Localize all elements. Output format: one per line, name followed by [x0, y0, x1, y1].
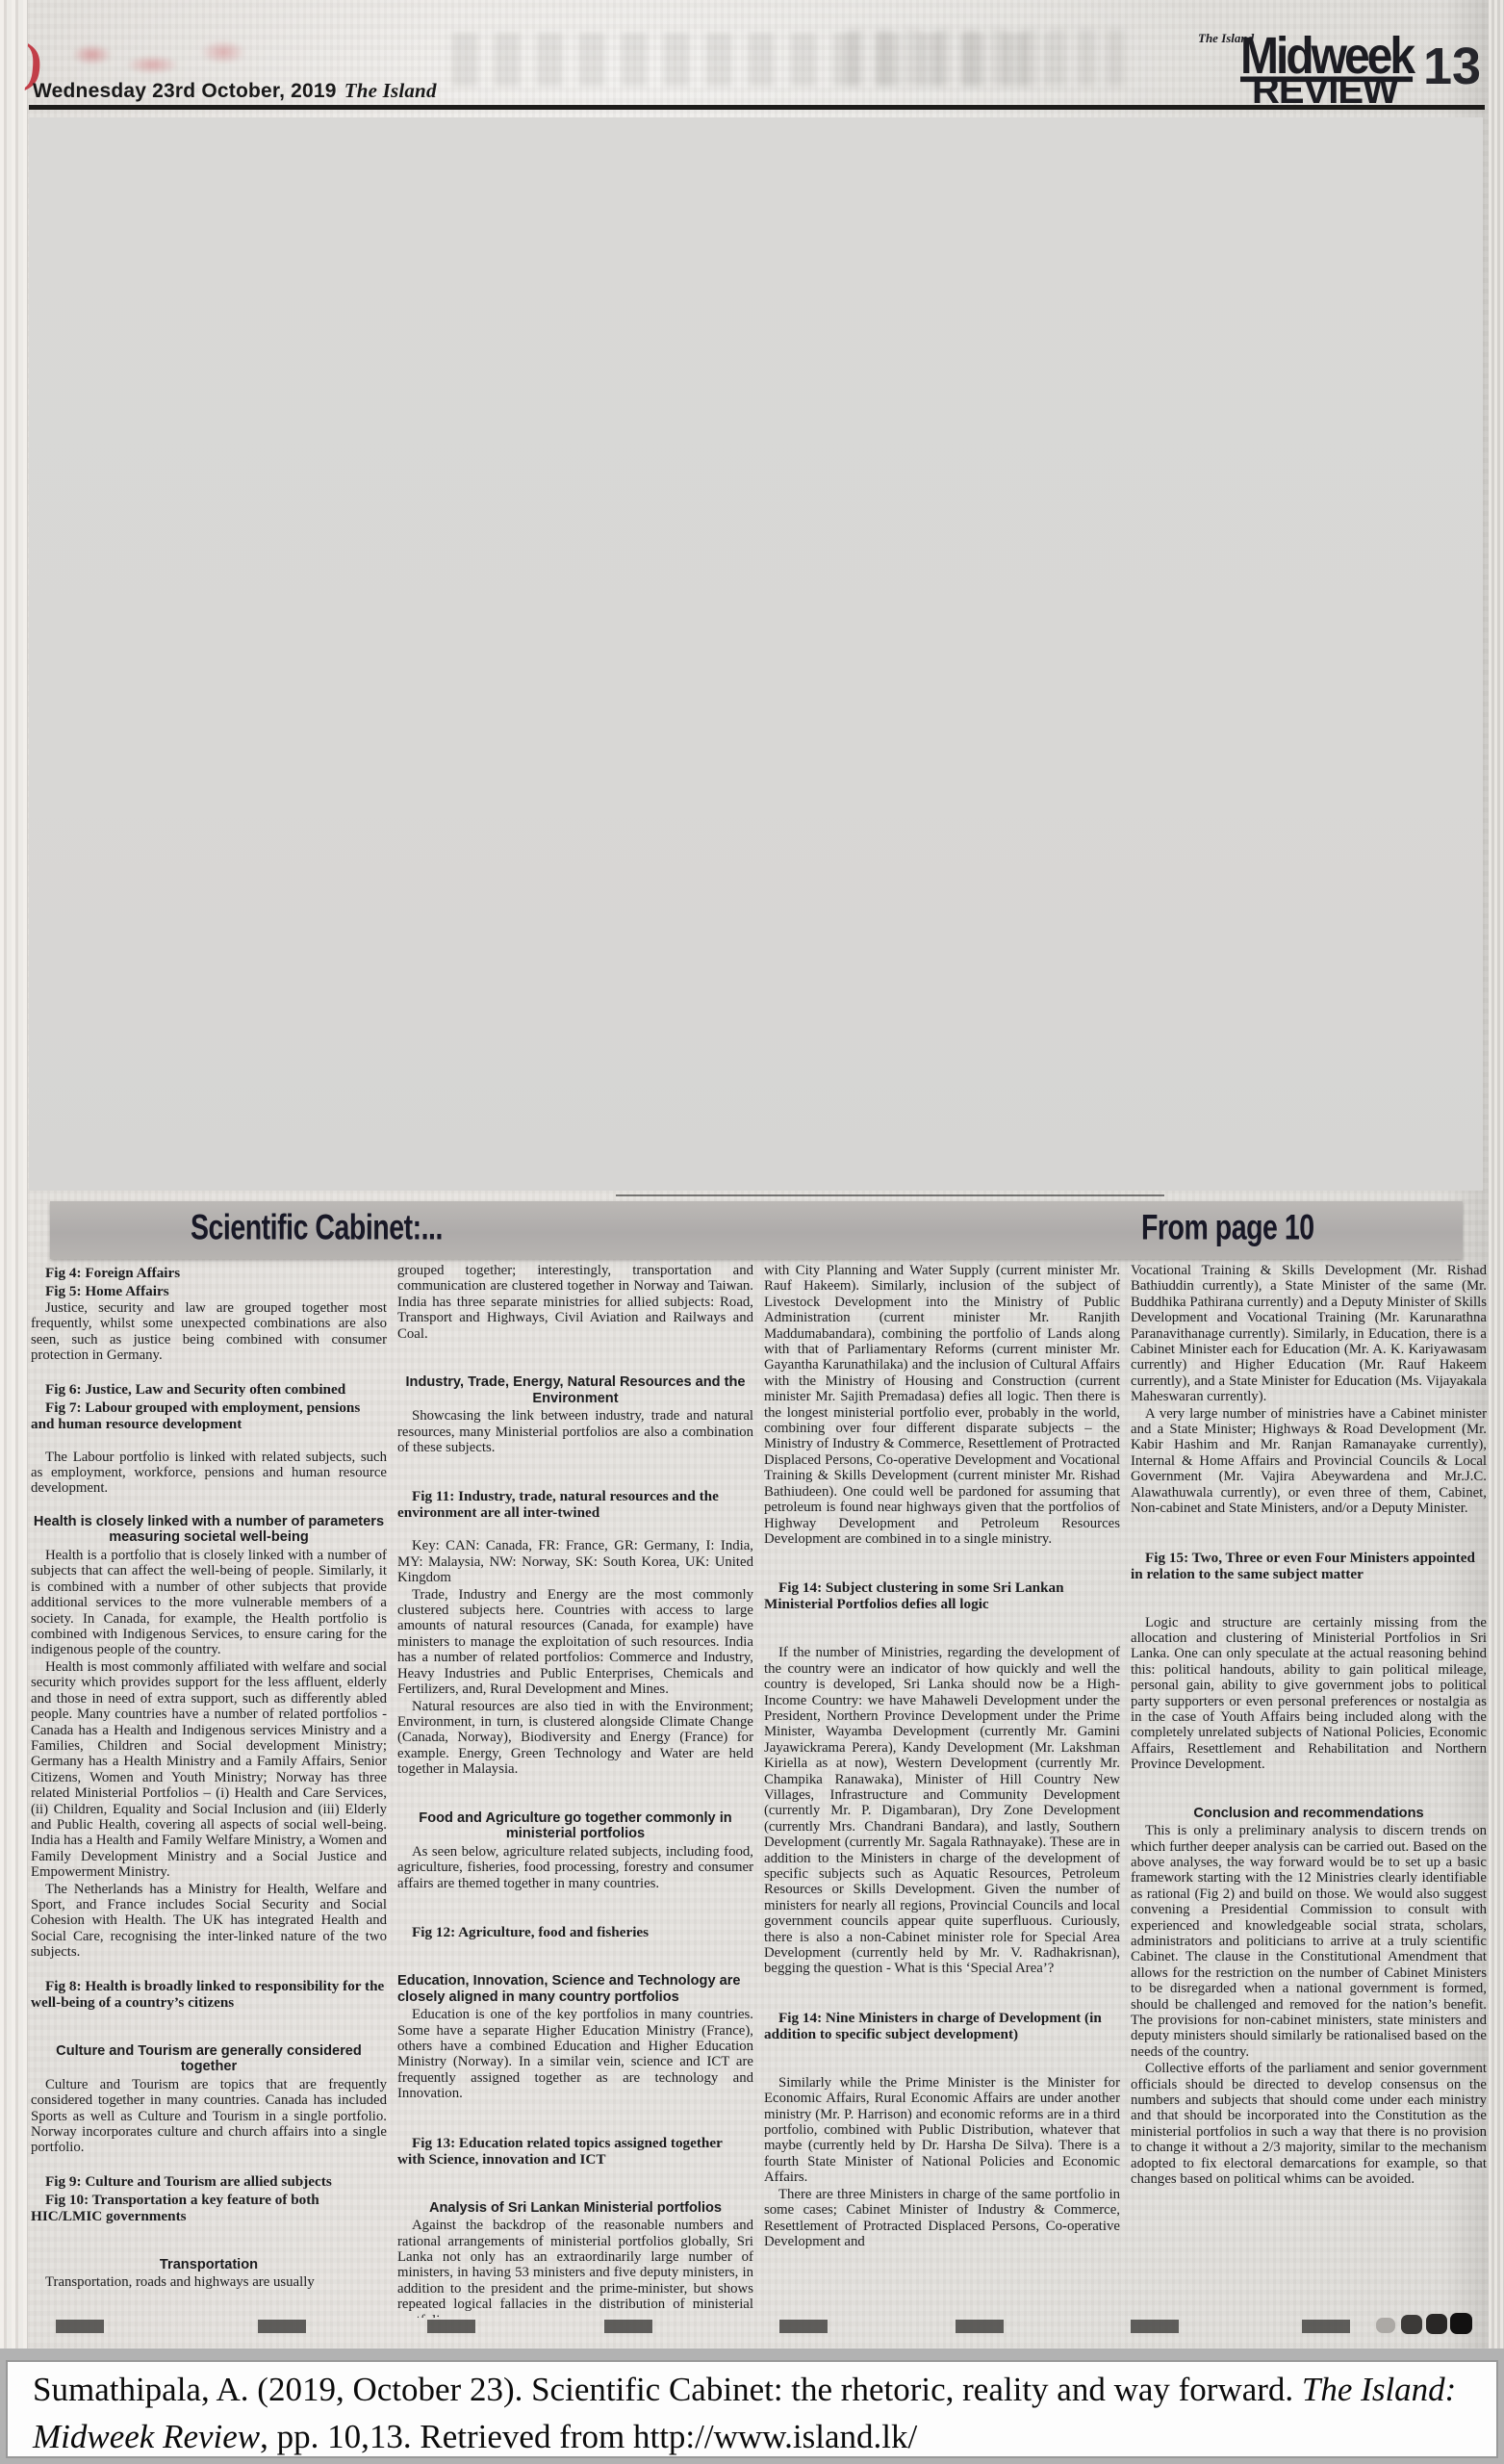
section-subhead: Health is closely linked with a number o… — [31, 1514, 387, 1546]
newspaper-page: { "header": { "date_line": "Wednesday 23… — [0, 0, 1504, 2464]
figure-caption: Fig 10: Transportation a key feature of … — [31, 2192, 387, 2224]
figure-caption: Fig 14: Nine Ministers in charge of Deve… — [764, 2010, 1120, 2042]
figure-caption: Fig 5: Home Affairs — [31, 1283, 387, 1299]
redaction-dash — [258, 2320, 306, 2333]
figure-caption: Fig 12: Agriculture, food and fisheries — [397, 1924, 753, 1940]
article-column-4: Vocational Training & Skills Development… — [1131, 1263, 1487, 2318]
article-paragraph: Showcasing the link between industry, tr… — [397, 1408, 753, 1455]
article-paragraph: Justice, security and law are grouped to… — [31, 1300, 387, 1364]
divider-line — [616, 1194, 1164, 1196]
article-paragraph: with City Planning and Water Supply (cur… — [764, 1263, 1120, 1547]
article-paragraph: The Netherlands has a Ministry for Healt… — [31, 1882, 387, 1961]
article-paragraph: Against the backdrop of the reasonable n… — [397, 2218, 753, 2318]
figure-caption: Fig 11: Industry, trade, natural resourc… — [397, 1488, 753, 1521]
article-paragraph: The Labour portfolio is linked with rela… — [31, 1450, 387, 1497]
article-paragraph: Key: CAN: Canada, FR: France, GR: German… — [397, 1538, 753, 1585]
redaction-blob — [1450, 2313, 1472, 2334]
page-right-edge — [1489, 0, 1504, 2464]
redaction-blob — [1376, 2318, 1395, 2333]
citation-part: , pp. 10,13. Retrieved from http://www.i… — [260, 2418, 917, 2455]
article-paragraph: Collective efforts of the parliament and… — [1131, 2061, 1487, 2187]
redaction-blob — [1401, 2315, 1422, 2334]
article-paragraph: grouped together; interestingly, transpo… — [397, 1263, 753, 1342]
article-paragraph: As seen below, agriculture related subje… — [397, 1844, 753, 1891]
figure-caption: Fig 9: Culture and Tourism are allied su… — [31, 2173, 387, 2190]
citation-box: Sumathipala, A. (2019, October 23). Scie… — [6, 2360, 1498, 2458]
section-subhead: Food and Agriculture go together commonl… — [397, 1810, 753, 1842]
citation-part: Sumathipala, A. (2019, October 23). Scie… — [33, 2371, 1302, 2408]
redaction-dash — [604, 2320, 652, 2333]
section-subhead: Analysis of Sri Lankan Ministerial portf… — [397, 2200, 753, 2217]
article-paragraph: Trade, Industry and Energy are the most … — [397, 1587, 753, 1698]
article-paragraph: Logic and structure are certainly missin… — [1131, 1615, 1487, 1773]
article-paragraph: Transportation, roads and highways are u… — [31, 2274, 387, 2290]
masthead-title-line2: REVIEW — [1252, 69, 1398, 113]
showthrough-ghost-text — [847, 29, 1135, 87]
article-paragraph: Culture and Tourism are topics that are … — [31, 2077, 387, 2156]
section-subhead: Industry, Trade, Energy, Natural Resourc… — [397, 1374, 753, 1406]
figure-caption: Fig 8: Health is broadly linked to respo… — [31, 1978, 387, 2011]
continuation-note: From page 10 — [1141, 1208, 1314, 1249]
redacted-image-placeholder — [29, 117, 1483, 1191]
article-column-2: grouped together; interestingly, transpo… — [397, 1263, 753, 2318]
redaction-dash — [427, 2320, 475, 2333]
figure-caption: Fig 4: Foreign Affairs — [31, 1265, 387, 1281]
section-subhead: Education, Innovation, Science and Techn… — [397, 1973, 753, 2005]
article-paragraph: There are three Ministers in charge of t… — [764, 2187, 1120, 2250]
page-number: 13 — [1423, 37, 1481, 96]
date-line: Wednesday 23rd October, 2019The Island — [33, 79, 437, 103]
article-paragraph: A very large number of ministries have a… — [1131, 1406, 1487, 1517]
date-text: Wednesday 23rd October, 2019 — [33, 80, 337, 102]
section-subhead: Culture and Tourism are generally consid… — [31, 2043, 387, 2075]
article-paragraph: If the number of Ministries, regarding t… — [764, 1645, 1120, 1977]
page-left-edge — [0, 0, 28, 2464]
redaction-dash — [1302, 2320, 1350, 2333]
article-column-1: Fig 4: Foreign AffairsFig 5: Home Affair… — [31, 1263, 387, 2318]
redaction-dash — [56, 2320, 104, 2333]
figure-caption: Fig 15: Two, Three or even Four Minister… — [1131, 1550, 1487, 1582]
red-ink-smudge — [62, 35, 264, 85]
article-paragraph: Health is most commonly affiliated with … — [31, 1659, 387, 1881]
article-column-3: with City Planning and Water Supply (cur… — [764, 1263, 1120, 2318]
section-subhead: Transportation — [31, 2257, 387, 2273]
article-paragraph: This is only a preliminary analysis to d… — [1131, 1823, 1487, 2060]
article-columns: Fig 4: Foreign AffairsFig 5: Home Affair… — [31, 1263, 1487, 2318]
section-subhead: Conclusion and recommendations — [1131, 1806, 1487, 1822]
article-paragraph: Vocational Training & Skills Development… — [1131, 1263, 1487, 1405]
article-paragraph: Similarly while the Prime Minister is th… — [764, 2075, 1120, 2186]
figure-caption: Fig 14: Subject clustering in some Sri L… — [764, 1579, 1120, 1612]
redaction-blob — [1426, 2314, 1447, 2334]
article-paragraph: Natural resources are also tied in with … — [397, 1699, 753, 1778]
article-paragraph: Health is a portfolio that is closely li… — [31, 1548, 387, 1658]
paper-title: The Island — [344, 79, 437, 102]
redaction-dash — [1131, 2320, 1179, 2333]
redaction-dash — [779, 2320, 828, 2333]
redaction-dash — [956, 2320, 1004, 2333]
figure-caption: Fig 6: Justice, Law and Security often c… — [31, 1381, 387, 1398]
continuation-title: Scientific Cabinet:... — [191, 1208, 443, 1249]
citation-text: Sumathipala, A. (2019, October 23). Scie… — [33, 2366, 1471, 2460]
figure-caption: Fig 7: Labour grouped with employment, p… — [31, 1399, 387, 1432]
article-paragraph: Education is one of the key portfolios i… — [397, 2007, 753, 2101]
figure-caption: Fig 13: Education related topics assigne… — [397, 2135, 753, 2168]
